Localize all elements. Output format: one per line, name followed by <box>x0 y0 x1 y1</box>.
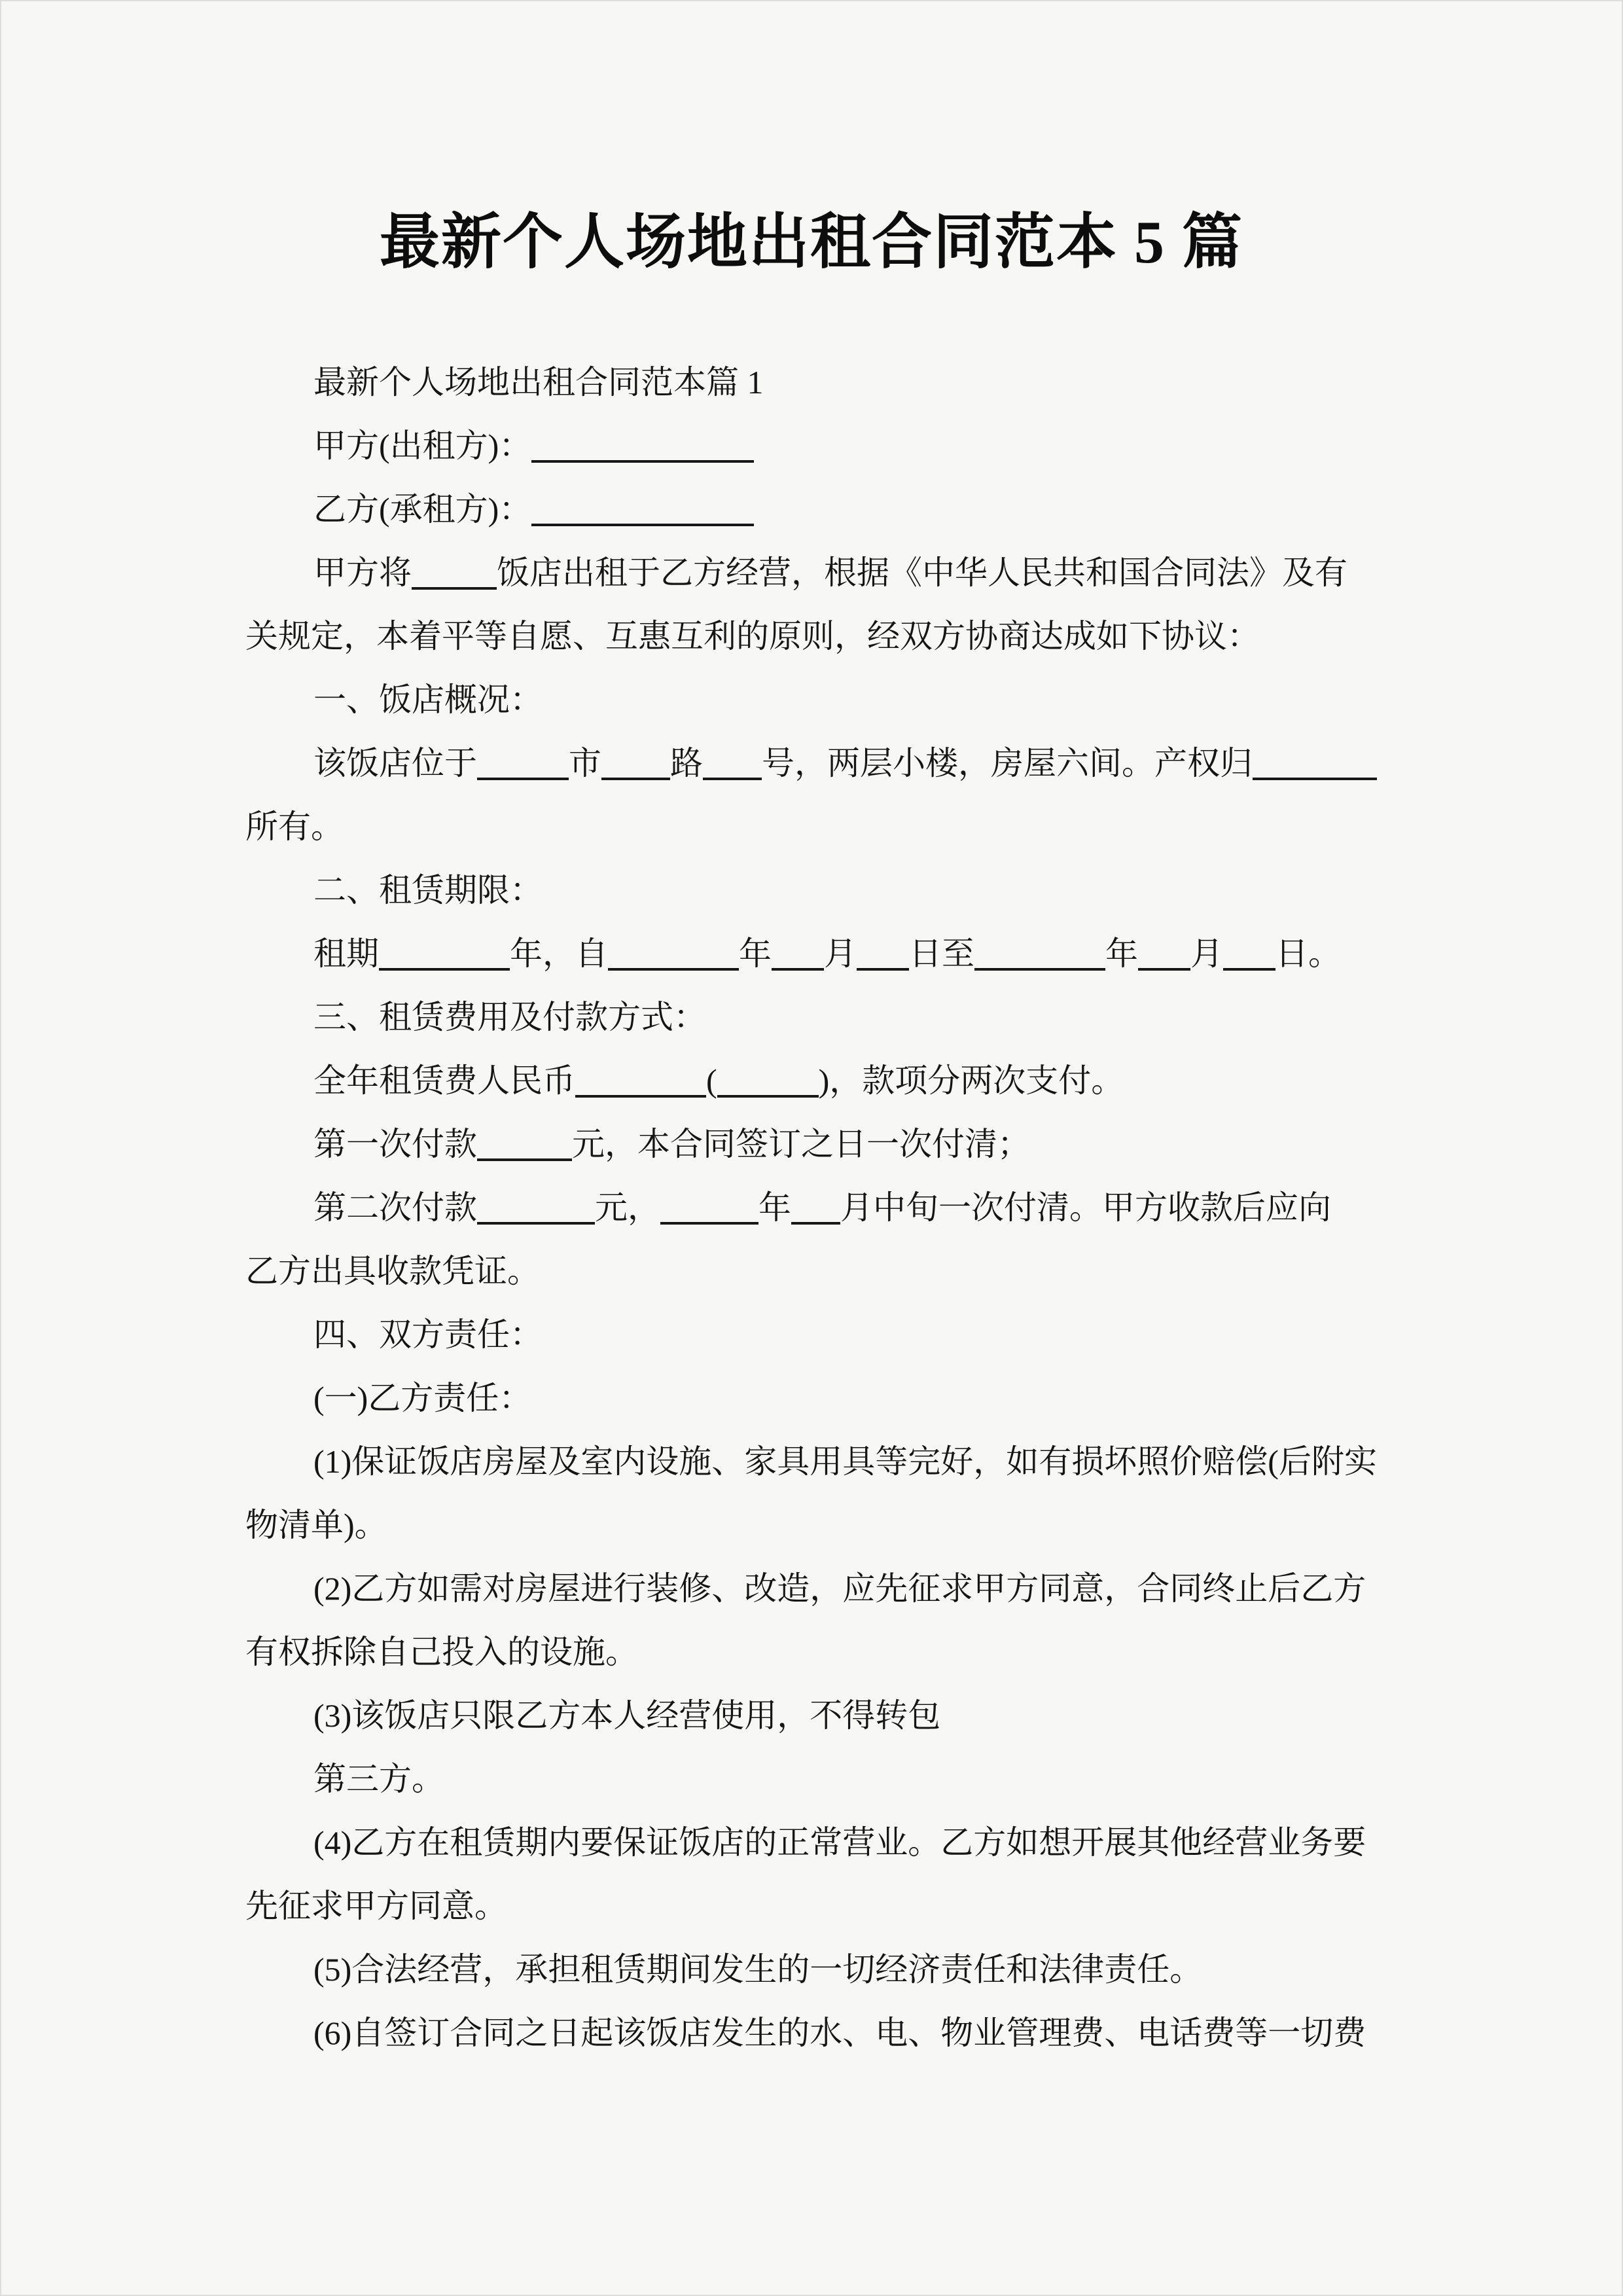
paragraph-line: 乙方(承租方)： <box>245 478 1384 541</box>
blank-underline <box>1138 959 1190 971</box>
blank-underline <box>412 578 497 590</box>
blank-underline <box>974 959 1105 971</box>
text-run: (2)乙方如需对房屋进行装修、改造，应先征求甲方同意，合同终止后乙方 <box>313 1570 1366 1607</box>
paragraph-line: 所有。 <box>245 795 1384 859</box>
paragraph-line: 全年租赁费人民币()，款项分两次支付。 <box>245 1049 1384 1113</box>
text-run: )，款项分两次支付。 <box>819 1062 1124 1099</box>
text-run: 乙方(承租方)： <box>313 491 531 528</box>
blank-underline <box>857 959 909 971</box>
paragraph-line: (2)乙方如需对房屋进行装修、改造，应先征求甲方同意，合同终止后乙方 <box>245 1557 1384 1621</box>
blank-underline <box>477 1213 595 1225</box>
blank-underline <box>608 959 739 971</box>
blank-underline <box>1253 768 1377 780</box>
text-run: 第三方。 <box>313 1761 444 1797</box>
document-body: 最新个人场地出租合同范本篇 1甲方(出租方)：乙方(承租方)：甲方将饭店出租于乙… <box>245 351 1384 2065</box>
text-run: 乙方出具收款凭证。 <box>245 1253 540 1289</box>
blank-underline <box>1223 959 1275 971</box>
text-run: 最新个人场地出租合同范本篇 1 <box>313 364 764 401</box>
blank-underline <box>717 1086 819 1098</box>
text-run: 有权拆除自己投入的设施。 <box>245 1634 638 1670</box>
paragraph-line: (一)乙方责任： <box>245 1367 1384 1430</box>
paragraph-line: 先征求甲方同意。 <box>245 1874 1384 1938</box>
text-run: 路 <box>670 745 703 781</box>
blank-underline <box>703 768 762 780</box>
text-run: 年 <box>739 935 772 972</box>
text-run: 所有。 <box>245 808 344 845</box>
text-run: 第二次付款 <box>313 1189 477 1226</box>
text-run: 二、租赁期限： <box>313 872 543 908</box>
text-run: (3)该饭店只限乙方本人经营使用，不得转包 <box>313 1697 940 1734</box>
paragraph-line: 二、租赁期限： <box>245 859 1384 922</box>
blank-underline <box>379 959 510 971</box>
blank-underline <box>531 451 754 463</box>
text-run: 元， <box>595 1189 660 1226</box>
blank-underline <box>575 1086 706 1098</box>
blank-underline <box>772 959 824 971</box>
paragraph-line: (1)保证饭店房屋及室内设施、家具用具等完好，如有损坏照价赔偿(后附实 <box>245 1430 1384 1494</box>
contract-document-page: 最新个人场地出租合同范本 5 篇 最新个人场地出租合同范本篇 1甲方(出租方)：… <box>0 0 1623 2296</box>
text-run: ( <box>706 1062 717 1099</box>
paragraph-line: 租期年，自年月日至年月日。 <box>245 922 1384 986</box>
blank-underline <box>601 768 670 780</box>
text-run: (4)乙方在租赁期内要保证饭店的正常营业。乙方如想开展其他经营业务要 <box>313 1824 1366 1861</box>
text-run: 四、双方责任： <box>313 1316 543 1353</box>
text-run: 日至 <box>909 935 974 972</box>
blank-underline <box>531 514 754 526</box>
text-run: 日。 <box>1275 935 1341 972</box>
blank-underline <box>477 768 569 780</box>
paragraph-line: 该饭店位于市路号，两层小楼，房屋六间。产权归 <box>245 732 1384 795</box>
paragraph-line: (6)自签订合同之日起该饭店发生的水、电、物业管理费、电话费等一切费 <box>245 2001 1384 2065</box>
paragraph-line: 四、双方责任： <box>245 1303 1384 1367</box>
text-run: 号，两层小楼，房屋六间。产权归 <box>762 745 1253 781</box>
document-title: 最新个人场地出租合同范本 5 篇 <box>0 194 1623 280</box>
text-run: 全年租赁费人民币 <box>313 1062 575 1099</box>
paragraph-line: (3)该饭店只限乙方本人经营使用，不得转包 <box>245 1684 1384 1748</box>
text-run: 市 <box>569 745 601 781</box>
text-run: 甲方将 <box>313 554 412 591</box>
blank-underline <box>660 1213 758 1225</box>
paragraph-line: (5)合法经营，承担租赁期间发生的一切经济责任和法律责任。 <box>245 1938 1384 2001</box>
text-run: 关规定，本着平等自愿、互惠互利的原则，经双方协商达成如下协议： <box>245 618 1260 655</box>
text-run: (6)自签订合同之日起该饭店发生的水、电、物业管理费、电话费等一切费 <box>313 2015 1366 2051</box>
text-run: 三、租赁费用及付款方式： <box>313 999 706 1035</box>
text-run: 年 <box>1105 935 1138 972</box>
paragraph-line: 最新个人场地出租合同范本篇 1 <box>245 351 1384 414</box>
text-run: 该饭店位于 <box>313 745 477 781</box>
text-run: 先征求甲方同意。 <box>245 1888 507 1924</box>
paragraph-line: (4)乙方在租赁期内要保证饭店的正常营业。乙方如想开展其他经营业务要 <box>245 1811 1384 1874</box>
text-run: 一、饭店概况： <box>313 681 543 718</box>
paragraph-line: 甲方将饭店出租于乙方经营，根据《中华人民共和国合同法》及有 <box>245 541 1384 605</box>
paragraph-line: 第二次付款元，年月中旬一次付清。甲方收款后应向 <box>245 1176 1384 1240</box>
text-run: 年，自 <box>510 935 608 972</box>
text-run: (5)合法经营，承担租赁期间发生的一切经济责任和法律责任。 <box>313 1951 1202 1988</box>
blank-underline <box>791 1213 840 1225</box>
paragraph-line: 甲方(出租方)： <box>245 414 1384 478</box>
paragraph-line: 关规定，本着平等自愿、互惠互利的原则，经双方协商达成如下协议： <box>245 605 1384 668</box>
paragraph-line: 有权拆除自己投入的设施。 <box>245 1621 1384 1684</box>
text-run: 月中旬一次付清。甲方收款后应向 <box>840 1189 1331 1226</box>
text-run: 月 <box>824 935 857 972</box>
paragraph-line: 三、租赁费用及付款方式： <box>245 986 1384 1049</box>
paragraph-line: 乙方出具收款凭证。 <box>245 1240 1384 1303</box>
paragraph-line: 一、饭店概况： <box>245 668 1384 732</box>
text-run: 甲方(出租方)： <box>313 427 531 464</box>
paragraph-line: 物清单)。 <box>245 1494 1384 1557</box>
text-run: 第一次付款 <box>313 1126 477 1162</box>
text-run: 租期 <box>313 935 379 972</box>
text-run: 物清单)。 <box>245 1507 387 1543</box>
text-run: 月 <box>1190 935 1223 972</box>
text-run: (一)乙方责任： <box>313 1380 531 1416</box>
blank-underline <box>477 1149 572 1161</box>
text-run: 元，本合同签订之日一次付清； <box>572 1126 1030 1162</box>
text-run: (1)保证饭店房屋及室内设施、家具用具等完好，如有损坏照价赔偿(后附实 <box>313 1443 1377 1480</box>
text-run: 年 <box>758 1189 791 1226</box>
text-run: 饭店出租于乙方经营，根据《中华人民共和国合同法》及有 <box>497 554 1347 591</box>
paragraph-line: 第三方。 <box>245 1748 1384 1811</box>
paragraph-line: 第一次付款元，本合同签订之日一次付清； <box>245 1113 1384 1176</box>
